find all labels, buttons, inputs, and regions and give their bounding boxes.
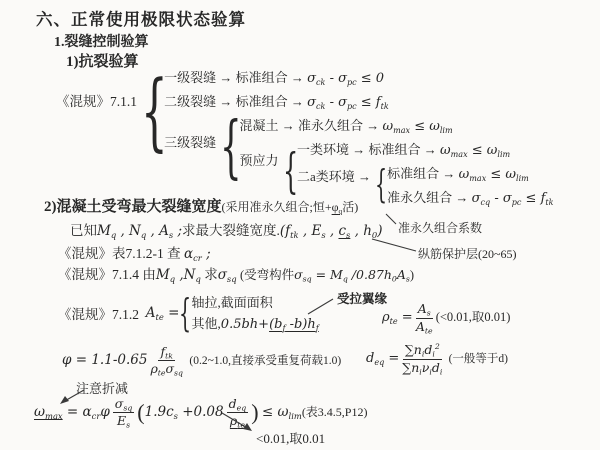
table-lookup-line: 《混规》表7.1.2-1 查 αcr ; xyxy=(58,242,211,262)
table-lookup-text: 《混规》表7.1.2-1 查 xyxy=(58,246,181,261)
deq-denominator: ∑niνidi xyxy=(402,360,442,375)
phi-lhs: φ = 1.1-0.65 xyxy=(62,352,147,368)
coefficient-connector-line xyxy=(386,214,396,224)
code-ref-7-1-2: 《混规》7.1.2 xyxy=(58,303,139,323)
env-class1-formula: ωmax ≤ ωlim xyxy=(440,143,510,158)
brace-glyph: { xyxy=(283,147,289,195)
rule-7-1-2-ate-definition: 《混规》7.1.2 Ate = { 轴拉,截面面积 其他,0.5bh+(bf -… xyxy=(58,292,319,334)
env2a-standard-condition: 标准组合 → xyxy=(387,166,459,181)
known-prefix: 已知 xyxy=(70,223,97,238)
wmax-sigma-fraction: σsqEs xyxy=(113,397,135,429)
env2a-standard-row: 标准组合 → ωmax ≤ ωlim xyxy=(387,162,553,186)
deq-fraction: ∑nidi2∑niνidi xyxy=(402,343,442,375)
phi-fraction: ftkρteσsq xyxy=(150,345,183,377)
concrete-row: 混凝土 → 准永久组合 → ωmax ≤ ωlim xyxy=(239,114,553,138)
max-crack-width-heading: 2)混凝土受弯最大裂缝宽度(采用准永久组合;恒+φq活) xyxy=(44,195,358,216)
wmax-deq-fraction: deqρte xyxy=(227,397,249,429)
env2a-quasi-formula: σcq - σpc ≤ ftk xyxy=(472,191,554,206)
env-class2a-label: 二a类环境 → xyxy=(297,169,371,186)
rho-te-formula: ρte =AsAte(<0.01,取0.01) xyxy=(382,296,510,338)
ate-case-other: 其他,0.5bh+(bf -b)hf xyxy=(192,313,319,334)
known-variables-line: 已知Mq , Nq , As ;求最大裂缝宽度.(ftk , Es , cs ,… xyxy=(70,219,383,239)
cover-connector-line xyxy=(372,239,416,251)
code-ref-7-1-1: 《混规》7.1.1 xyxy=(56,93,137,111)
env2a-standard-formula: ωmax ≤ ωlim xyxy=(459,167,529,182)
scanned-notes-page: 六、正常使用极限状态验算 1.裂缝控制验算 1)抗裂验算 《混规》7.1.1 {… xyxy=(0,0,600,450)
known-variables: Mq , Nq , As ; xyxy=(97,223,182,239)
wmax-table-reference: (表3.4.5,P12) xyxy=(302,405,368,419)
env2a-quasi-row: 准永久组合 → σcq - σpc ≤ ftk xyxy=(387,186,553,210)
flexural-member-note-close: ) xyxy=(410,268,414,282)
brace-glyph: { xyxy=(220,114,228,182)
rebar-cover-annotation: 纵筋保护层(20~65) xyxy=(418,245,517,262)
phi-denominator: ρteσsq xyxy=(150,361,183,376)
wmax-lhs: ωmax = αcrφ xyxy=(34,404,110,420)
page-title: 六、正常使用极限状态验算 xyxy=(36,6,246,30)
known-parameters: (ftk , Es , cs , h0) xyxy=(280,223,383,239)
combination-note: (采用准永久组合;恒+φq活) xyxy=(222,200,359,214)
concrete-condition: 混凝土 → 准永久组合 → xyxy=(239,118,382,133)
crack-grade-bracket-tree: 《混规》7.1.1 { 一级裂缝 → 标准组合 → σck - σpc ≤ 0 … xyxy=(56,66,554,210)
ate-case-axial-tension: 轴拉,截面面积 xyxy=(192,292,319,313)
wmax-deq-denominator: ρte xyxy=(230,413,245,428)
env-class1-condition: 一类环境 → 标准组合 → xyxy=(297,142,440,157)
rho-denominator: Ate xyxy=(416,319,433,334)
tension-flange-annotation: 受拉翼缘 xyxy=(337,289,387,307)
big-paren-close: ) xyxy=(251,399,258,424)
rule-7-1-4-line: 《混规》7.1.4 由Mq ,Nq 求σsq (受弯构件σsq = Mq /0.… xyxy=(58,263,414,283)
minimum-value-note: <0.01,取0.01 xyxy=(256,428,325,447)
big-paren-open: ( xyxy=(137,399,144,424)
grade2-condition: 二级裂缝 → 标准组合 → xyxy=(164,94,307,109)
max-crack-width-title: 2)混凝土受弯最大裂缝宽度 xyxy=(44,199,222,215)
brace-glyph: { xyxy=(375,165,380,203)
section-crack-control-heading: 1.裂缝控制验算 xyxy=(54,31,149,51)
flexural-member-formula: σsq = Mq /0.87h0As xyxy=(294,267,410,282)
ate-case-other-formula: 0.5bh+(bf -b)hf xyxy=(221,317,319,332)
grade2-formula: σck - σpc ≤ ftk xyxy=(307,95,389,110)
wmax-deq-numerator: deq xyxy=(227,397,249,413)
quasi-permanent-coefficient-annotation: 准永久组合系数 xyxy=(398,219,482,236)
brace-glyph: { xyxy=(141,69,151,153)
phi-range-note: (0.2~1.0,直接承受重复荷载1.0) xyxy=(189,355,341,367)
grade1-condition: 一级裂缝 → 标准组合 → xyxy=(164,70,307,85)
wmax-mid: 1.9cs +0.08 xyxy=(145,404,224,420)
rho-minimum-note: (<0.01,取0.01) xyxy=(436,310,511,324)
rho-te-lhs: ρte = xyxy=(382,310,413,325)
deq-note: (一般等于d) xyxy=(449,353,508,365)
wmax-sigma-denominator: Es xyxy=(117,413,130,428)
phi-formula: φ = 1.1-0.65ftkρteσsq (0.2~1.0,直接承受重复荷载1… xyxy=(62,342,341,378)
rho-te-fraction: AsAte xyxy=(416,302,433,334)
flexural-member-note-open: (受弯构件 xyxy=(240,268,294,282)
grade3-label: 三级裂缝 xyxy=(164,135,216,152)
known-goal: 求最大裂缝宽度. xyxy=(182,223,280,238)
grade1-formula: σck - σpc ≤ 0 xyxy=(307,71,384,86)
env2a-quasi-condition: 准永久组合 → xyxy=(387,190,472,205)
prestress-label: 预应力 xyxy=(239,153,278,170)
env-class1-row: 一类环境 → 标准组合 → ωmax ≤ ωlim xyxy=(297,138,554,162)
rule-7-1-4-vars: Mq ,Nq xyxy=(156,267,201,283)
ate-lhs: Ate = xyxy=(146,305,180,321)
brace-glyph: { xyxy=(179,294,184,332)
alpha-cr-symbol: αcr ; xyxy=(184,246,211,262)
deq-formula: deq =∑nidi2∑niνidi (一般等于d) xyxy=(366,338,508,378)
rho-numerator: As xyxy=(416,302,433,318)
sigma-sq-symbol: σsq xyxy=(218,267,237,283)
deq-numerator: ∑nidi2 xyxy=(403,343,442,359)
phi-numerator: ftk xyxy=(158,345,174,361)
rule-7-1-4-text: 《混规》7.1.4 由 xyxy=(58,267,156,282)
wmax-sigma-numerator: σsq xyxy=(113,397,135,413)
grade1-crack-row: 一级裂缝 → 标准组合 → σck - σpc ≤ 0 xyxy=(164,66,553,90)
rule-7-1-4-mid: 求 xyxy=(204,267,218,282)
deq-lhs: deq = xyxy=(366,351,399,366)
concrete-formula: ωmax ≤ ωlim xyxy=(383,119,453,134)
wmax-limit: ≤ ωlim xyxy=(262,404,302,420)
ate-case-other-label: 其他, xyxy=(192,316,221,331)
